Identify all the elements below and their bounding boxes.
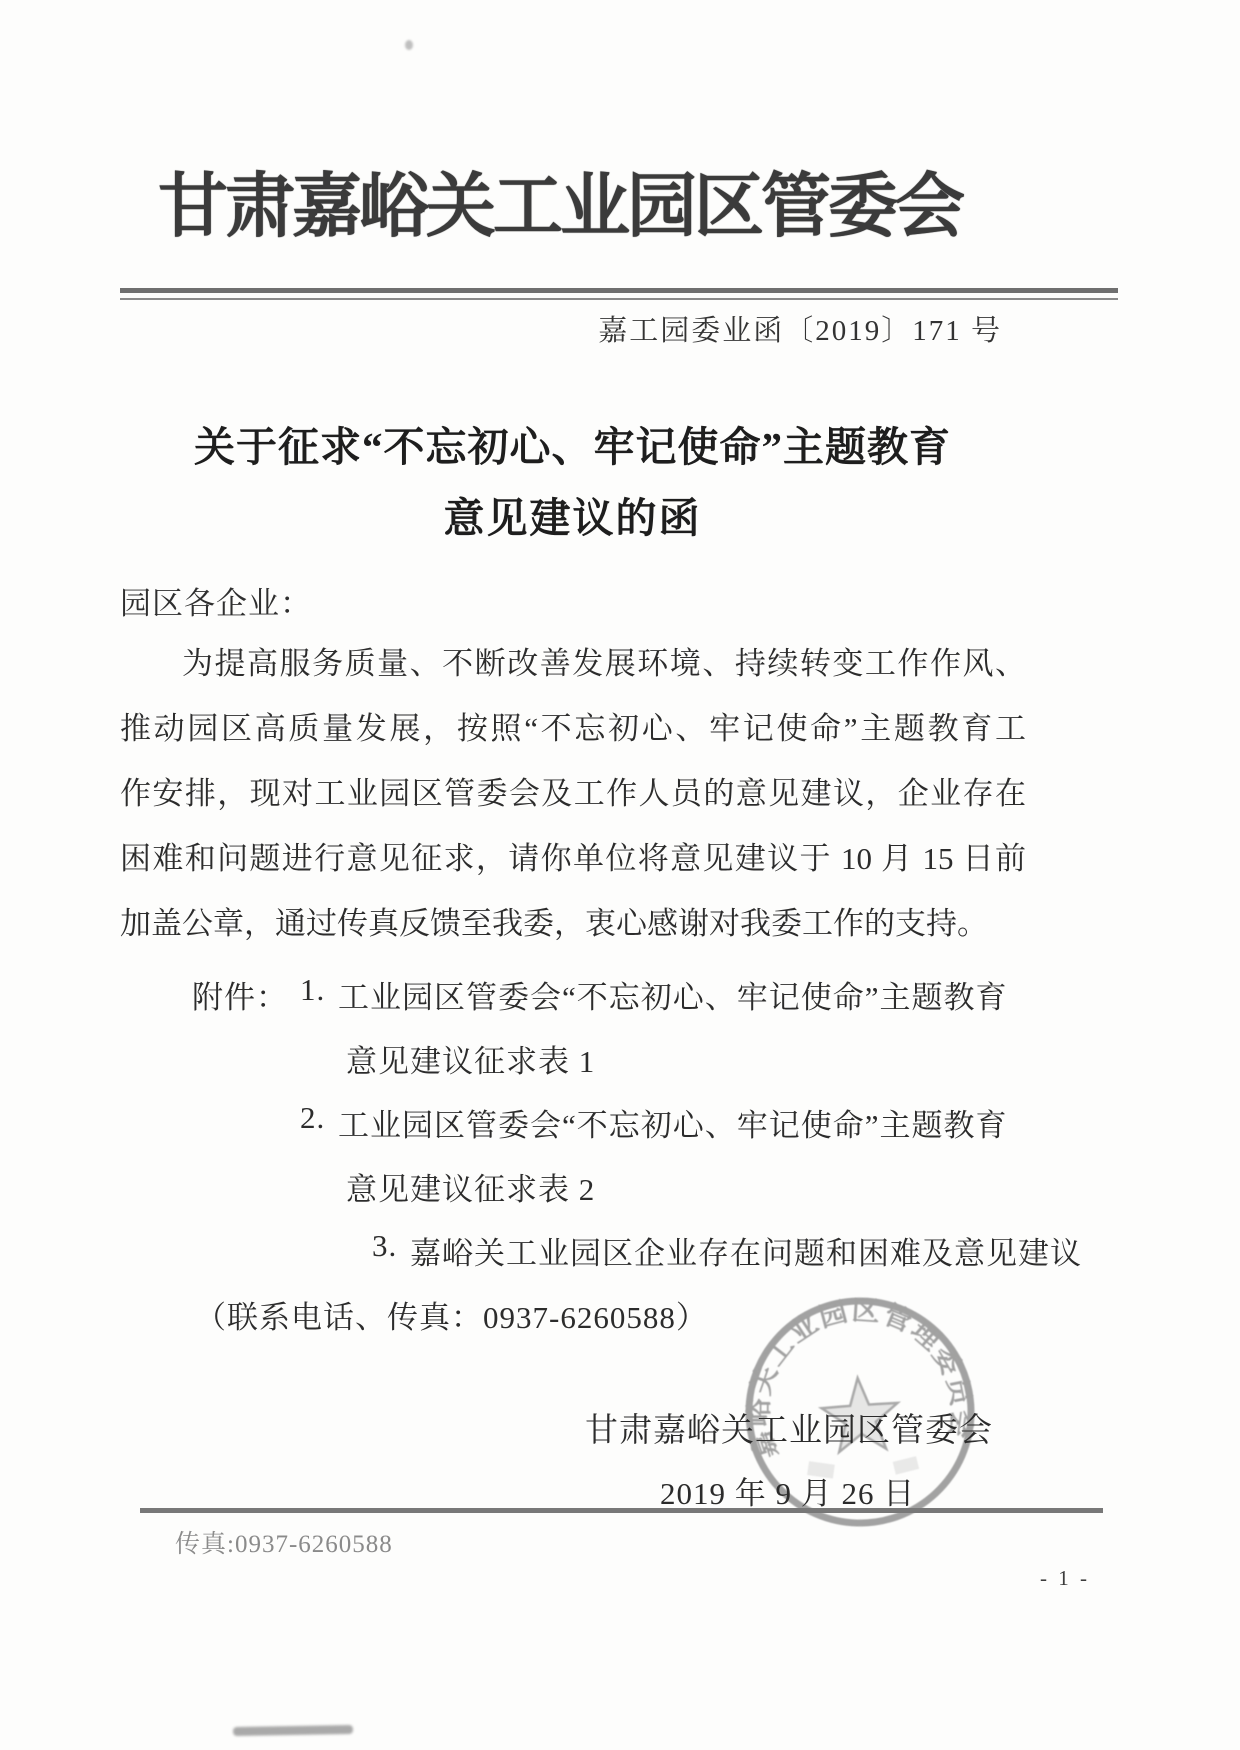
- body-line: 为提高服务质量、不断改善发展环境、持续转变工作作风、: [120, 640, 1026, 705]
- document-number: 嘉工园委业函〔2019〕171 号: [598, 308, 1002, 349]
- scan-artifact-bar: [233, 1725, 353, 1736]
- scan-artifact-dot: [405, 40, 413, 50]
- document-title-line1: 关于征求“不忘初心、牢记使命”主题教育: [115, 414, 1030, 473]
- attachment-2-title: 工业园区管委会“不忘初心、牢记使命”主题教育: [338, 1100, 1008, 1145]
- document-title-line2: 意见建议的函: [115, 485, 1030, 544]
- attachment-1-subtitle: 意见建议征求表 1: [346, 1036, 595, 1081]
- body-line: 推动园区高质量发展，按照“不忘初心、牢记使命”主题教育工: [120, 705, 1026, 770]
- body-line: 作安排，现对工业园区管委会及工作人员的意见建议，企业存在: [120, 770, 1026, 835]
- attachment-2-subtitle: 意见建议征求表 2: [346, 1164, 595, 1209]
- letterhead-rule-thick: [120, 288, 1118, 293]
- attachment-1-number: 1.: [300, 972, 325, 1008]
- signature-date: 2019 年 9 月 26 日: [660, 1468, 915, 1513]
- attachment-3-number: 3.: [372, 1228, 397, 1264]
- letterhead-org-name: 甘肃嘉峪关工业园区管委会: [60, 150, 1060, 251]
- footer-rule: [140, 1508, 1103, 1513]
- attachment-3-title: 嘉峪关工业园区企业存在问题和困难及意见建议: [410, 1228, 1082, 1273]
- attachments-label: 附件：: [192, 972, 288, 1017]
- letterhead-rule-thin: [120, 298, 1118, 300]
- body-line: 加盖公章，通过传真反馈至我委，衷心感谢对我委工作的支持。: [120, 900, 1026, 965]
- document-title: 关于征求“不忘初心、牢记使命”主题教育 意见建议的函: [115, 414, 1030, 544]
- body-paragraph: 为提高服务质量、不断改善发展环境、持续转变工作作风、 推动园区高质量发展，按照“…: [120, 640, 1026, 965]
- page-number: - 1 -: [1040, 1566, 1090, 1591]
- salutation: 园区各企业：: [120, 578, 312, 623]
- body-line: 困难和问题进行意见征求，请你单位将意见建议于 10 月 15 日前: [120, 835, 1026, 900]
- signature-org-name: 甘肃嘉峪关工业园区管委会: [585, 1404, 993, 1451]
- attachment-1-title: 工业园区管委会“不忘初心、牢记使命”主题教育: [338, 972, 1008, 1017]
- contact-phone-fax-line: （联系电话、传真：0937-6260588）: [195, 1292, 708, 1337]
- document-page: 甘肃嘉峪关工业园区管委会 嘉工园委业函〔2019〕171 号 关于征求“不忘初心…: [0, 0, 1240, 1750]
- attachment-2-number: 2.: [300, 1100, 325, 1136]
- footer-fax-number: 传真:0937-6260588: [175, 1524, 393, 1560]
